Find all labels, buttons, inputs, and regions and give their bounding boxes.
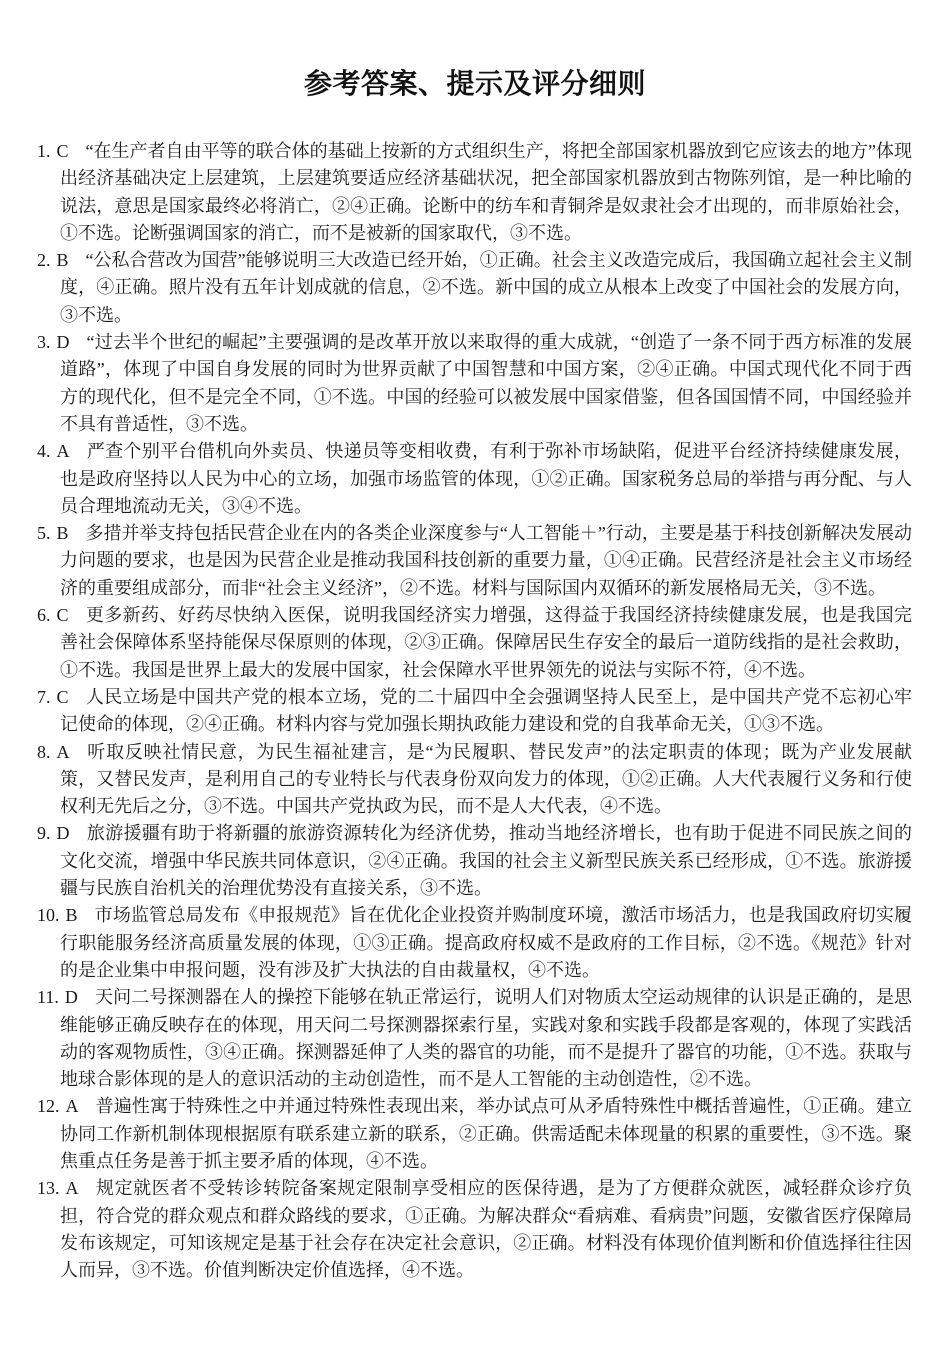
answer-item: 10.B市场监管总局发布《申报规范》旨在优化企业投资并购制度环境，激活市场活力，…	[37, 902, 912, 984]
answer-key-page: 参考答案、提示及评分细则 1.C“在生产者自由平等的联合体的基础上按新的方式组织…	[0, 0, 950, 1350]
answer-explanation: 市场监管总局发布《申报规范》旨在优化企业投资并购制度环境，激活市场活力，也是我国…	[60, 905, 912, 980]
answer-item: 9.D旅游援疆有助于将新疆的旅游资源转化为经济优势，推动当地经济增长，也有助于促…	[37, 820, 912, 902]
question-number: 10.	[37, 905, 60, 925]
answer-explanation: 多措并举支持包括民营企业在内的各类企业深度参与“人工智能＋”行动，主要是基于科技…	[60, 523, 912, 598]
question-number: 5.	[37, 523, 51, 543]
answer-item: 2.B“公私合营改为国营”能够说明三大改造已经开始，①正确。社会主义改造完成后，…	[37, 247, 912, 329]
answer-letter: B	[57, 523, 69, 543]
answer-letter: A	[57, 441, 70, 461]
answer-letter: B	[66, 905, 78, 925]
answer-letter: A	[57, 742, 70, 762]
answer-explanation: 严查个别平台借机向外卖员、快递员等变相收费，有利于弥补市场缺陷，促进平台经济持续…	[60, 441, 912, 516]
answer-letter: C	[57, 605, 69, 625]
answer-item: 12.A普遍性寓于特殊性之中并通过特殊性表现出来，举办试点可从矛盾特殊性中概括普…	[37, 1093, 912, 1175]
answer-item: 11.D天问二号探测器在人的操控下能够在轨正常运行，说明人们对物质太空运动规律的…	[37, 984, 912, 1093]
answer-item: 1.C“在生产者自由平等的联合体的基础上按新的方式组织生产，将把全部国家机器放到…	[37, 138, 912, 247]
question-number: 3.	[37, 332, 51, 352]
answer-explanation: 规定就医者不受转诊转院备案规定限制享受相应的医保待遇，是为了方便群众就医，减轻群…	[60, 1178, 912, 1280]
answer-explanation: 旅游援疆有助于将新疆的旅游资源转化为经济优势，推动当地经济增长，也有助于促进不同…	[60, 823, 912, 898]
answer-item: 5.B多措并举支持包括民营企业在内的各类企业深度参与“人工智能＋”行动，主要是基…	[37, 520, 912, 602]
answer-letter: C	[57, 687, 69, 707]
question-number: 13.	[37, 1178, 60, 1198]
answer-explanation: 更多新药、好药尽快纳入医保，说明我国经济实力增强，这得益于我国经济持续健康发展，…	[60, 605, 912, 680]
answer-explanation: 普遍性寓于特殊性之中并通过特殊性表现出来，举办试点可从矛盾特殊性中概括普遍性，①…	[60, 1096, 912, 1171]
answer-letter: A	[66, 1178, 79, 1198]
question-number: 8.	[37, 742, 51, 762]
answer-explanation: “过去半个世纪的崛起”主要强调的是改革开放以来取得的重大成就，“创造了一条不同于…	[60, 332, 912, 434]
question-number: 12.	[37, 1096, 60, 1116]
question-number: 2.	[37, 250, 51, 270]
answer-explanation: 听取反映社情民意，为民生福祉建言，是“为民履职、替民发声”的法定职责的体现；既为…	[60, 742, 912, 817]
answer-explanation: 天问二号探测器在人的操控下能够在轨正常运行，说明人们对物质太空运动规律的认识是正…	[60, 987, 912, 1089]
answer-item: 8.A听取反映社情民意，为民生福祉建言，是“为民履职、替民发声”的法定职责的体现…	[37, 739, 912, 821]
question-number: 4.	[37, 441, 51, 461]
answer-letter: A	[66, 1096, 79, 1116]
answer-item: 13.A规定就医者不受转诊转院备案规定限制享受相应的医保待遇，是为了方便群众就医…	[37, 1175, 912, 1284]
question-number: 7.	[37, 687, 51, 707]
answer-explanation: 人民立场是中国共产党的根本立场，党的二十届四中全会强调坚持人民至上，是中国共产党…	[60, 687, 912, 734]
question-number: 6.	[37, 605, 51, 625]
answer-letter: B	[57, 250, 69, 270]
question-number: 9.	[37, 823, 51, 843]
answer-letter: D	[65, 987, 78, 1007]
answer-item: 4.A严查个别平台借机向外卖员、快递员等变相收费，有利于弥补市场缺陷，促进平台经…	[37, 438, 912, 520]
answer-list: 1.C“在生产者自由平等的联合体的基础上按新的方式组织生产，将把全部国家机器放到…	[37, 138, 912, 1284]
page-title: 参考答案、提示及评分细则	[0, 0, 950, 102]
answer-item: 7.C人民立场是中国共产党的根本立场，党的二十届四中全会强调坚持人民至上，是中国…	[37, 684, 912, 739]
answer-explanation: “在生产者自由平等的联合体的基础上按新的方式组织生产，将把全部国家机器放到它应该…	[60, 141, 912, 243]
answer-letter: D	[57, 332, 70, 352]
answer-letter: C	[57, 141, 69, 161]
question-number: 11.	[37, 987, 59, 1007]
answer-item: 3.D“过去半个世纪的崛起”主要强调的是改革开放以来取得的重大成就，“创造了一条…	[37, 329, 912, 438]
answer-letter: D	[57, 823, 70, 843]
answer-item: 6.C更多新药、好药尽快纳入医保，说明我国经济实力增强，这得益于我国经济持续健康…	[37, 602, 912, 684]
answer-explanation: “公私合营改为国营”能够说明三大改造已经开始，①正确。社会主义改造完成后，我国确…	[60, 250, 912, 325]
question-number: 1.	[37, 141, 51, 161]
